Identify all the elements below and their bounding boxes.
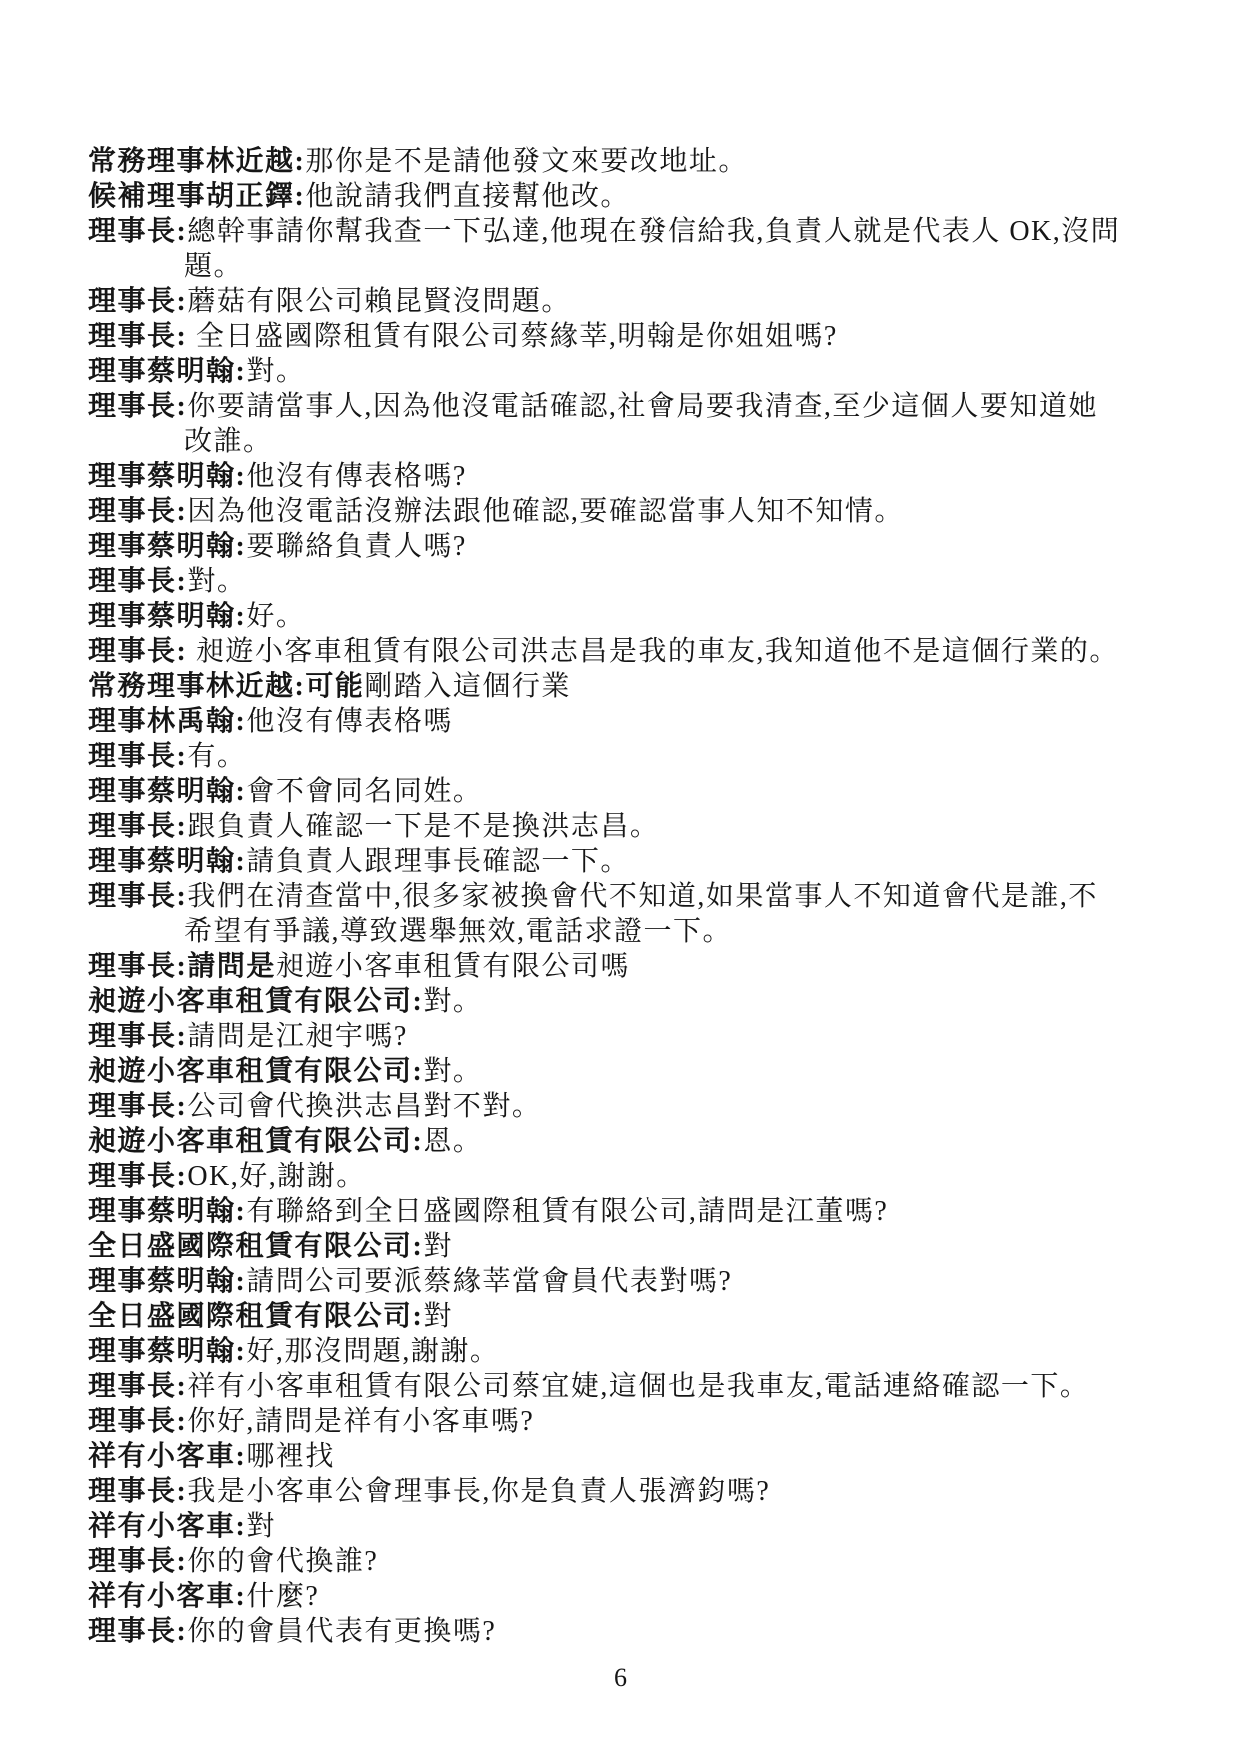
- speaker-label: 理事長:: [88, 1021, 187, 1052]
- speaker-label: 理事長:: [88, 1091, 187, 1122]
- transcript-line: 昶遊小客車租賃有限公司:恩。: [88, 1124, 1198, 1159]
- page-number: 6: [0, 1663, 1241, 1693]
- transcript-line: 理事蔡明翰:對。: [88, 354, 1198, 389]
- dialogue-text: 哪裡找: [246, 1441, 335, 1472]
- speaker-label: 理事長:: [88, 1406, 187, 1437]
- transcript-line: 理事蔡明翰:會不會同名同姓。: [88, 774, 1198, 809]
- transcript-line: 理事林禹翰:他沒有傳表格嗎: [88, 704, 1198, 739]
- transcript-line: 理事蔡明翰:他沒有傳表格嗎?: [88, 459, 1198, 494]
- dialogue-text: 你的會代換誰?: [187, 1546, 378, 1577]
- dialogue-text: 對。: [423, 1056, 482, 1087]
- transcript-line: 全日盛國際租賃有限公司:對: [88, 1229, 1198, 1264]
- transcript-line: 理事長:請問是江昶宇嗎?: [88, 1019, 1198, 1054]
- meeting-transcript: 常務理事林近越:那你是不是請他發文來要改地址。候補理事胡正鐸:他說請我們直接幫他…: [88, 144, 1198, 1649]
- dialogue-text: 請負責人跟理事長確認一下。: [246, 846, 630, 877]
- speaker-label: 常務理事林近越:可能: [88, 671, 364, 702]
- speaker-label: 理事長:: [88, 321, 187, 352]
- dialogue-text: 他說請我們直接幫他改。: [305, 181, 630, 212]
- dialogue-text: 公司會代換洪志昌對不對。: [187, 1091, 541, 1122]
- transcript-line: 理事長:我們在清查當中,很多家被換會代不知道,如果當事人不知道會代是誰,不: [88, 879, 1198, 914]
- transcript-line: 理事長:你要請當事人,因為他沒電話確認,社會局要我清查,至少這個人要知道她: [88, 389, 1198, 424]
- dialogue-text: 會不會同名同姓。: [246, 776, 482, 807]
- dialogue-text: 對。: [246, 356, 305, 387]
- dialogue-text: 什麼?: [246, 1581, 319, 1612]
- dialogue-text: 總幹事請你幫我查一下弘達,他現在發信給我,負責人就是代表人 OK,沒問: [187, 216, 1120, 247]
- transcript-line: 昶遊小客車租賃有限公司:對。: [88, 984, 1198, 1019]
- transcript-line: 理事長:你好,請問是祥有小客車嗎?: [88, 1404, 1198, 1439]
- speaker-label: 理事長:: [88, 1371, 187, 1402]
- speaker-label: 理事蔡明翰:: [88, 1196, 246, 1227]
- dialogue-text: 我們在清查當中,很多家被換會代不知道,如果當事人不知道會代是誰,不: [187, 881, 1098, 912]
- dialogue-text: 你的會員代表有更換嗎?: [187, 1616, 496, 1647]
- dialogue-text: 題。: [184, 251, 243, 282]
- transcript-line: 候補理事胡正鐸:他說請我們直接幫他改。: [88, 179, 1198, 214]
- speaker-label: 理事長:: [88, 881, 187, 912]
- speaker-label: 理事長:: [88, 1616, 187, 1647]
- transcript-line: 理事長:有。: [88, 739, 1198, 774]
- speaker-label: 昶遊小客車租賃有限公司:: [88, 986, 423, 1017]
- speaker-label: 理事長:: [88, 1546, 187, 1577]
- speaker-label: 全日盛國際租賃有限公司:: [88, 1301, 423, 1332]
- transcript-line: 理事長:我是小客車公會理事長,你是負責人張濟鈞嗎?: [88, 1474, 1198, 1509]
- dialogue-text: 好,那沒問題,謝謝。: [246, 1336, 499, 1367]
- speaker-label: 理事長:: [88, 1161, 187, 1192]
- transcript-line: 理事長:OK,好,謝謝。: [88, 1159, 1198, 1194]
- transcript-line: 祥有小客車:哪裡找: [88, 1439, 1198, 1474]
- speaker-label: 理事長:: [88, 216, 187, 247]
- speaker-label: 理事長:: [88, 811, 187, 842]
- speaker-label: 理事長:: [88, 741, 187, 772]
- document-page: 常務理事林近越:那你是不是請他發文來要改地址。候補理事胡正鐸:他說請我們直接幫他…: [0, 0, 1241, 1755]
- dialogue-text: 因為他沒電話沒辦法跟他確認,要確認當事人知不知情。: [187, 496, 904, 527]
- speaker-label: 理事蔡明翰:: [88, 1266, 246, 1297]
- transcript-line: 理事長:對。: [88, 564, 1198, 599]
- transcript-line: 理事長:因為他沒電話沒辦法跟他確認,要確認當事人知不知情。: [88, 494, 1198, 529]
- dialogue-text: 我是小客車公會理事長,你是負責人張濟鈞嗎?: [187, 1476, 770, 1507]
- speaker-label: 祥有小客車:: [88, 1511, 246, 1542]
- transcript-line: 理事長:蘑菇有限公司賴昆賢沒問題。: [88, 284, 1198, 319]
- speaker-label: 理事長:請問是: [88, 951, 276, 982]
- transcript-line-continuation: 改誰。: [88, 424, 1198, 459]
- dialogue-text: 昶遊小客車租賃有限公司嗎: [276, 951, 630, 982]
- speaker-label: 理事蔡明翰:: [88, 461, 246, 492]
- dialogue-text: 他沒有傳表格嗎?: [246, 461, 466, 492]
- speaker-label: 祥有小客車:: [88, 1441, 246, 1472]
- transcript-line: 理事長:請問是昶遊小客車租賃有限公司嗎: [88, 949, 1198, 984]
- speaker-label: 理事林禹翰:: [88, 706, 246, 737]
- dialogue-text: 他沒有傳表格嗎: [246, 706, 453, 737]
- dialogue-text: 請問公司要派蔡緣莘當會員代表對嗎?: [246, 1266, 732, 1297]
- transcript-line: 理事蔡明翰:有聯絡到全日盛國際租賃有限公司,請問是江董嗎?: [88, 1194, 1198, 1229]
- transcript-line: 常務理事林近越:可能剛踏入這個行業: [88, 669, 1198, 704]
- dialogue-text: 你要請當事人,因為他沒電話確認,社會局要我清查,至少這個人要知道她: [187, 391, 1098, 422]
- speaker-label: 理事長:: [88, 286, 187, 317]
- transcript-line-continuation: 希望有爭議,導致選舉無效,電話求證一下。: [88, 914, 1198, 949]
- transcript-line: 祥有小客車:什麼?: [88, 1579, 1198, 1614]
- dialogue-text: 那你是不是請他發文來要改地址。: [305, 146, 748, 177]
- speaker-label: 昶遊小客車租賃有限公司:: [88, 1126, 423, 1157]
- dialogue-text: 剛踏入這個行業: [364, 671, 571, 702]
- dialogue-text: 對: [246, 1511, 276, 1542]
- transcript-line: 理事長:你的會員代表有更換嗎?: [88, 1614, 1198, 1649]
- speaker-label: 理事蔡明翰:: [88, 1336, 246, 1367]
- dialogue-text: 希望有爭議,導致選舉無效,電話求證一下。: [184, 916, 732, 947]
- speaker-label: 理事蔡明翰:: [88, 846, 246, 877]
- speaker-label: 理事長:: [88, 1476, 187, 1507]
- transcript-line: 全日盛國際租賃有限公司:對: [88, 1299, 1198, 1334]
- transcript-line: 祥有小客車:對: [88, 1509, 1198, 1544]
- speaker-label: 理事蔡明翰:: [88, 601, 246, 632]
- transcript-line: 理事長:總幹事請你幫我查一下弘達,他現在發信給我,負責人就是代表人 OK,沒問: [88, 214, 1198, 249]
- dialogue-text: 好。: [246, 601, 305, 632]
- transcript-line: 理事長:你的會代換誰?: [88, 1544, 1198, 1579]
- dialogue-text: 要聯絡負責人嗎?: [246, 531, 466, 562]
- dialogue-text: 有聯絡到全日盛國際租賃有限公司,請問是江董嗎?: [246, 1196, 888, 1227]
- transcript-line: 理事長: 昶遊小客車租賃有限公司洪志昌是我的車友,我知道他不是這個行業的。: [88, 634, 1198, 669]
- speaker-label: 理事長:: [88, 566, 187, 597]
- dialogue-text: 全日盛國際租賃有限公司蔡緣莘,明翰是你姐姐嗎?: [187, 321, 837, 352]
- dialogue-text: 有。: [187, 741, 246, 772]
- speaker-label: 理事長:: [88, 636, 187, 667]
- transcript-line: 昶遊小客車租賃有限公司:對。: [88, 1054, 1198, 1089]
- speaker-label: 理事長:: [88, 391, 187, 422]
- transcript-line: 理事長:跟負責人確認一下是不是換洪志昌。: [88, 809, 1198, 844]
- speaker-label: 理事蔡明翰:: [88, 776, 246, 807]
- speaker-label: 理事蔡明翰:: [88, 356, 246, 387]
- transcript-line: 理事長:公司會代換洪志昌對不對。: [88, 1089, 1198, 1124]
- transcript-line: 理事蔡明翰:要聯絡負責人嗎?: [88, 529, 1198, 564]
- transcript-line: 常務理事林近越:那你是不是請他發文來要改地址。: [88, 144, 1198, 179]
- transcript-line: 理事蔡明翰:好,那沒問題,謝謝。: [88, 1334, 1198, 1369]
- transcript-line: 理事蔡明翰:請負責人跟理事長確認一下。: [88, 844, 1198, 879]
- speaker-label: 祥有小客車:: [88, 1581, 246, 1612]
- speaker-label: 理事蔡明翰:: [88, 531, 246, 562]
- dialogue-text: 跟負責人確認一下是不是換洪志昌。: [187, 811, 659, 842]
- speaker-label: 理事長:: [88, 496, 187, 527]
- dialogue-text: OK,好,謝謝。: [187, 1161, 365, 1192]
- dialogue-text: 對。: [187, 566, 246, 597]
- speaker-label: 昶遊小客車租賃有限公司:: [88, 1056, 423, 1087]
- transcript-line: 理事長:祥有小客車租賃有限公司蔡宜婕,這個也是我車友,電話連絡確認一下。: [88, 1369, 1198, 1404]
- dialogue-text: 對: [423, 1231, 453, 1262]
- dialogue-text: 對。: [423, 986, 482, 1017]
- dialogue-text: 請問是江昶宇嗎?: [187, 1021, 407, 1052]
- dialogue-text: 恩。: [423, 1126, 482, 1157]
- transcript-line: 理事長: 全日盛國際租賃有限公司蔡緣莘,明翰是你姐姐嗎?: [88, 319, 1198, 354]
- dialogue-text: 對: [423, 1301, 453, 1332]
- dialogue-text: 昶遊小客車租賃有限公司洪志昌是我的車友,我知道他不是這個行業的。: [187, 636, 1119, 667]
- dialogue-text: 祥有小客車租賃有限公司蔡宜婕,這個也是我車友,電話連絡確認一下。: [187, 1371, 1089, 1402]
- speaker-label: 常務理事林近越:: [88, 146, 305, 177]
- speaker-label: 候補理事胡正鐸:: [88, 181, 305, 212]
- speaker-label: 全日盛國際租賃有限公司:: [88, 1231, 423, 1262]
- transcript-line: 理事蔡明翰:請問公司要派蔡緣莘當會員代表對嗎?: [88, 1264, 1198, 1299]
- dialogue-text: 改誰。: [184, 426, 273, 457]
- dialogue-text: 蘑菇有限公司賴昆賢沒問題。: [187, 286, 571, 317]
- transcript-line: 理事蔡明翰:好。: [88, 599, 1198, 634]
- dialogue-text: 你好,請問是祥有小客車嗎?: [187, 1406, 534, 1437]
- transcript-line-continuation: 題。: [88, 249, 1198, 284]
